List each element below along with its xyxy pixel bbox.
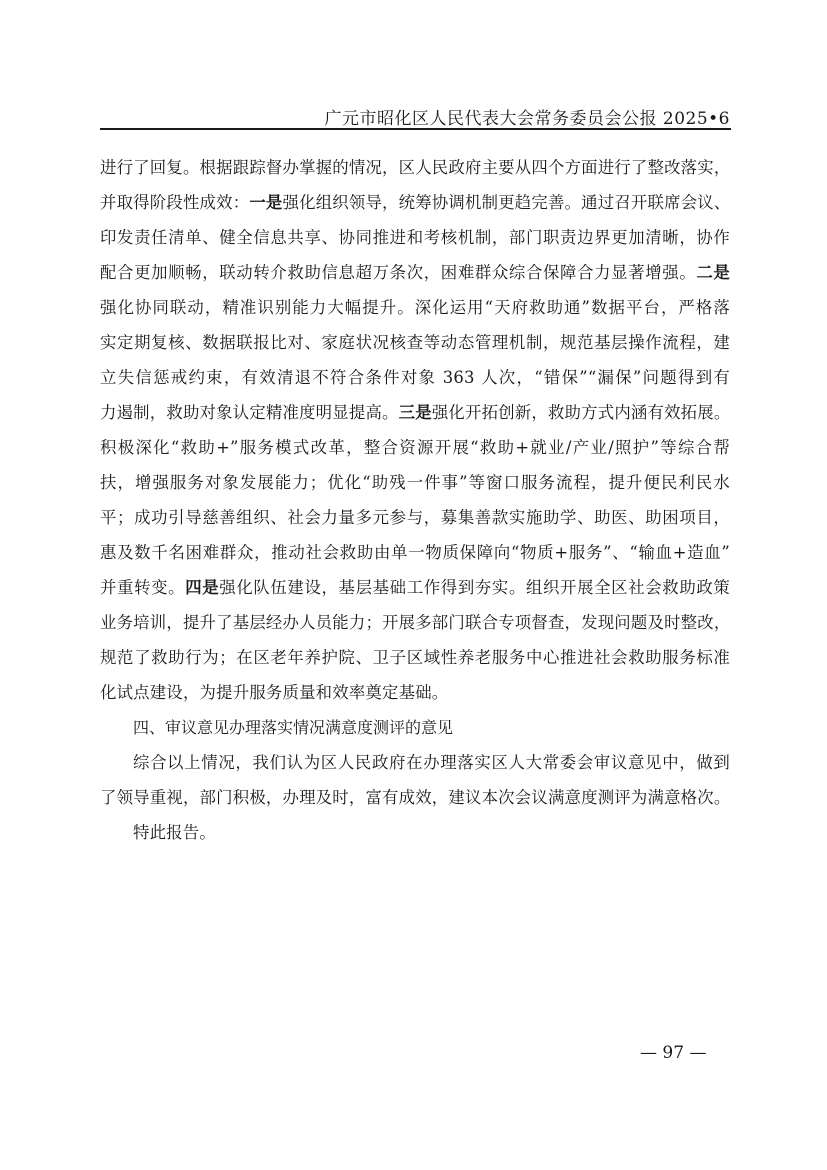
emphasis-label: 三是 (399, 403, 432, 422)
header-rule (100, 128, 731, 130)
paragraph-line: 并取得阶段性成效：一是强化组织领导，统筹协调机制更趋完善。通过召开联席会议、 (100, 185, 730, 220)
paragraph-line: 强化协同联动，精准识别能力大幅提升。深化运用“天府救助通”数据平台，严格落 (100, 290, 730, 325)
paragraph-line: 并重转变。四是强化队伍建设，基层基础工作得到夯实。组织开展全区社会救助政策 (100, 570, 730, 605)
conclusion-line-2: 了领导重视，部门积极，办理及时，富有成效，建议本次会议满意度测评为满意格次。 (100, 780, 730, 815)
text-run: 力遏制，救助对象认定精准度明显提高。 (100, 403, 399, 422)
text-run: 积极深化“救助+”服务模式改革，整合资源开展“救助+就业/产业/照护”等综合帮 (100, 438, 730, 457)
paragraph-line: 印发责任清单、健全信息共享、协同推进和考核机制，部门职责边界更加清晰，协作 (100, 220, 730, 255)
paragraph-line: 惠及数千名困难群众，推动社会救助由单一物质保障向“物质+服务”、“输血+造血” (100, 535, 730, 570)
closing-remark: 特此报告。 (100, 815, 730, 850)
text-run: 配合更加顺畅，联动转介救助信息超万条次，困难群众综合保障合力显著增强。 (100, 263, 696, 282)
emphasis-label: 一是 (249, 193, 282, 212)
paragraph-line: 力遏制，救助对象认定精准度明显提高。三是强化开拓创新，救助方式内涵有效拓展。 (100, 395, 730, 430)
emphasis-label: 四是 (185, 578, 219, 597)
emphasis-label: 二是 (696, 263, 730, 282)
document-body: 进行了回复。根据跟踪督办掌握的情况，区人民政府主要从四个方面进行了整改落实，并取… (100, 150, 730, 850)
text-run: 业务培训，提升了基层经办人员能力；开展多部门联合专项督查，发现问题及时整改， (100, 613, 730, 632)
text-run: 扶，增强服务对象发展能力；优化“助残一件事”等窗口服务流程，提升便民利民水 (100, 473, 730, 492)
paragraph-line: 配合更加顺畅，联动转介救助信息超万条次，困难群众综合保障合力显著增强。二是 (100, 255, 730, 290)
paragraph-rectification-results: 进行了回复。根据跟踪督办掌握的情况，区人民政府主要从四个方面进行了整改落实，并取… (100, 150, 730, 710)
page-number: — 97 — (640, 1043, 706, 1063)
text-run: 平；成功引导慈善组织、社会力量多元参与，募集善款实施助学、助医、助困项目， (100, 508, 730, 527)
section-heading-4: 四、审议意见办理落实情况满意度测评的意见 (100, 710, 730, 745)
paragraph-line: 平；成功引导慈善组织、社会力量多元参与，募集善款实施助学、助医、助困项目， (100, 500, 730, 535)
paragraph-line: 化试点建设，为提升服务质量和效率奠定基础。 (100, 675, 730, 710)
paragraph-line: 积极深化“救助+”服务模式改革，整合资源开展“救助+就业/产业/照护”等综合帮 (100, 430, 730, 465)
text-run: 进行了回复。根据跟踪督办掌握的情况，区人民政府主要从四个方面进行了整改落实， (100, 158, 730, 177)
bulletin-header: 广元市昭化区人民代表大会常务委员会公报 2025•6 (100, 104, 730, 129)
text-run: 并取得阶段性成效： (100, 193, 249, 212)
text-run: 并重转变。 (100, 578, 185, 597)
paragraph-line: 实定期复核、数据联报比对、家庭状况核查等动态管理机制，规范基层操作流程，建 (100, 325, 730, 360)
paragraph-line: 扶，增强服务对象发展能力；优化“助残一件事”等窗口服务流程，提升便民利民水 (100, 465, 730, 500)
text-run: 强化队伍建设，基层基础工作得到夯实。组织开展全区社会救助政策 (219, 578, 730, 597)
text-run: 强化开拓创新，救助方式内涵有效拓展。 (432, 403, 731, 422)
text-run: 立失信惩戒约束，有效清退不符合条件对象 363 人次，“错保”“漏保”问题得到有 (100, 368, 730, 387)
text-run: 化试点建设，为提升服务质量和效率奠定基础。 (100, 683, 448, 702)
text-run: 实定期复核、数据联报比对、家庭状况核查等动态管理机制，规范基层操作流程，建 (100, 333, 730, 352)
paragraph-line: 业务培训，提升了基层经办人员能力；开展多部门联合专项督查，发现问题及时整改， (100, 605, 730, 640)
text-run: 强化组织领导，统筹协调机制更趋完善。通过召开联席会议、 (283, 193, 731, 212)
paragraph-line: 立失信惩戒约束，有效清退不符合条件对象 363 人次，“错保”“漏保”问题得到有 (100, 360, 730, 395)
text-run: 强化协同联动，精准识别能力大幅提升。深化运用“天府救助通”数据平台，严格落 (100, 298, 730, 317)
text-run: 惠及数千名困难群众，推动社会救助由单一物质保障向“物质+服务”、“输血+造血” (100, 543, 730, 562)
text-run: 印发责任清单、健全信息共享、协同推进和考核机制，部门职责边界更加清晰，协作 (100, 228, 730, 247)
conclusion-line-1: 综合以上情况，我们认为区人民政府在办理落实区人大常委会审议意见中，做到 (100, 745, 730, 780)
text-run: 规范了救助行为；在区老年养护院、卫子区域性养老服务中心推进社会救助服务标准 (100, 648, 730, 667)
paragraph-line: 进行了回复。根据跟踪督办掌握的情况，区人民政府主要从四个方面进行了整改落实， (100, 150, 730, 185)
paragraph-line: 规范了救助行为；在区老年养护院、卫子区域性养老服务中心推进社会救助服务标准 (100, 640, 730, 675)
